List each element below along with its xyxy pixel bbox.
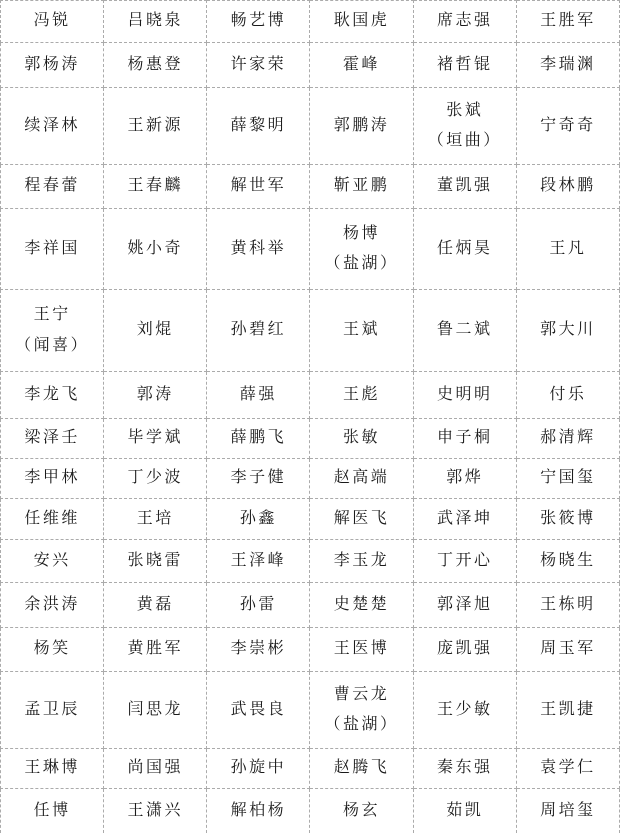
name-cell: 杨惠登	[104, 43, 207, 88]
name-cell: 申子桐	[413, 419, 516, 459]
name-cell: 任炳昊	[413, 209, 516, 290]
name-cell: 孙雷	[207, 583, 310, 628]
name-cell: 赵高端	[310, 459, 413, 499]
table-row: 任维维王培孙鑫解医飞武泽坤张筱博	[1, 499, 620, 540]
name-cell: 杨笑	[1, 628, 104, 672]
name-cell: 郭杨涛	[1, 43, 104, 88]
table-row: 李龙飞郭涛薛强王彪史明明付乐	[1, 372, 620, 419]
name-cell: 王宁 （闻喜）	[1, 290, 104, 372]
name-cell: 杨晓生	[516, 540, 619, 583]
name-cell: 褚哲锟	[413, 43, 516, 88]
name-cell: 庞凯强	[413, 628, 516, 672]
name-cell: 张斌 （垣曲）	[413, 88, 516, 165]
name-cell: 王栋明	[516, 583, 619, 628]
name-cell: 程春蕾	[1, 165, 104, 209]
name-cell: 孙鑫	[207, 499, 310, 540]
table-row: 郭杨涛杨惠登许家荣霍峰褚哲锟李瑞渊	[1, 43, 620, 88]
name-cell: 王潇兴	[104, 789, 207, 833]
name-cell: 武泽坤	[413, 499, 516, 540]
name-cell: 曹云龙 （盐湖）	[310, 672, 413, 749]
name-cell: 周培玺	[516, 789, 619, 833]
name-cell: 黄胜军	[104, 628, 207, 672]
name-cell: 张晓雷	[104, 540, 207, 583]
name-cell: 丁开心	[413, 540, 516, 583]
name-cell: 薛黎明	[207, 88, 310, 165]
name-cell: 刘焜	[104, 290, 207, 372]
name-table-body: 冯锐吕晓泉畅艺博耿国虎席志强王胜军郭杨涛杨惠登许家荣霍峰褚哲锟李瑞渊续泽林王新源…	[1, 1, 620, 833]
name-cell: 薛强	[207, 372, 310, 419]
table-row: 梁泽壬毕学斌薛鹏飞张敏申子桐郝清辉	[1, 419, 620, 459]
name-cell: 郭大川	[516, 290, 619, 372]
name-cell: 解柏杨	[207, 789, 310, 833]
name-cell: 李玉龙	[310, 540, 413, 583]
name-cell: 姚小奇	[104, 209, 207, 290]
name-cell: 杨博 （盐湖）	[310, 209, 413, 290]
name-cell: 武畏良	[207, 672, 310, 749]
table-row: 王宁 （闻喜）刘焜孙碧红王斌鲁二斌郭大川	[1, 290, 620, 372]
name-cell: 许家荣	[207, 43, 310, 88]
name-cell: 王春麟	[104, 165, 207, 209]
table-row: 冯锐吕晓泉畅艺博耿国虎席志强王胜军	[1, 1, 620, 43]
table-row: 李祥国姚小奇黄科举杨博 （盐湖）任炳昊王凡	[1, 209, 620, 290]
name-cell: 王新源	[104, 88, 207, 165]
name-cell: 李甲林	[1, 459, 104, 499]
name-cell: 宁国玺	[516, 459, 619, 499]
name-cell: 郭烨	[413, 459, 516, 499]
name-cell: 段林鹏	[516, 165, 619, 209]
name-cell: 周玉军	[516, 628, 619, 672]
name-cell: 孙旋中	[207, 749, 310, 789]
name-cell: 孟卫辰	[1, 672, 104, 749]
table-row: 任博王潇兴解柏杨杨玄茹凯周培玺	[1, 789, 620, 833]
name-table: 冯锐吕晓泉畅艺博耿国虎席志强王胜军郭杨涛杨惠登许家荣霍峰褚哲锟李瑞渊续泽林王新源…	[0, 0, 620, 833]
name-cell: 安兴	[1, 540, 104, 583]
name-cell: 史楚楚	[310, 583, 413, 628]
name-cell: 付乐	[516, 372, 619, 419]
name-cell: 霍峰	[310, 43, 413, 88]
name-cell: 续泽林	[1, 88, 104, 165]
name-cell: 郭泽旭	[413, 583, 516, 628]
name-cell: 张筱博	[516, 499, 619, 540]
name-cell: 李崇彬	[207, 628, 310, 672]
table-row: 安兴张晓雷王泽峰李玉龙丁开心杨晓生	[1, 540, 620, 583]
name-cell: 杨玄	[310, 789, 413, 833]
table-row: 余洪涛黄磊孙雷史楚楚郭泽旭王栋明	[1, 583, 620, 628]
name-cell: 王胜军	[516, 1, 619, 43]
name-cell: 史明明	[413, 372, 516, 419]
name-cell: 毕学斌	[104, 419, 207, 459]
name-cell: 吕晓泉	[104, 1, 207, 43]
name-cell: 茹凯	[413, 789, 516, 833]
name-cell: 王凡	[516, 209, 619, 290]
name-cell: 席志强	[413, 1, 516, 43]
name-cell: 王琳博	[1, 749, 104, 789]
name-cell: 李瑞渊	[516, 43, 619, 88]
name-cell: 冯锐	[1, 1, 104, 43]
name-cell: 闫思龙	[104, 672, 207, 749]
name-cell: 宁奇奇	[516, 88, 619, 165]
name-cell: 郭涛	[104, 372, 207, 419]
name-cell: 李龙飞	[1, 372, 104, 419]
name-cell: 王泽峰	[207, 540, 310, 583]
name-cell: 任维维	[1, 499, 104, 540]
table-row: 王琳博尚国强孙旋中赵腾飞秦东强袁学仁	[1, 749, 620, 789]
name-cell: 王斌	[310, 290, 413, 372]
name-cell: 郭鹏涛	[310, 88, 413, 165]
name-cell: 秦东强	[413, 749, 516, 789]
name-cell: 黄磊	[104, 583, 207, 628]
name-cell: 畅艺博	[207, 1, 310, 43]
name-cell: 郝清辉	[516, 419, 619, 459]
name-cell: 解医飞	[310, 499, 413, 540]
name-cell: 耿国虎	[310, 1, 413, 43]
name-cell: 梁泽壬	[1, 419, 104, 459]
name-cell: 董凯强	[413, 165, 516, 209]
table-row: 杨笑黄胜军李崇彬王医博庞凯强周玉军	[1, 628, 620, 672]
table-row: 程春蕾王春麟解世军靳亚鹏董凯强段林鹏	[1, 165, 620, 209]
name-cell: 孙碧红	[207, 290, 310, 372]
name-cell: 袁学仁	[516, 749, 619, 789]
name-cell: 解世军	[207, 165, 310, 209]
name-cell: 王彪	[310, 372, 413, 419]
table-row: 李甲林丁少波李子健赵高端郭烨宁国玺	[1, 459, 620, 499]
name-cell: 薛鹏飞	[207, 419, 310, 459]
name-cell: 张敏	[310, 419, 413, 459]
table-row: 续泽林王新源薛黎明郭鹏涛张斌 （垣曲）宁奇奇	[1, 88, 620, 165]
name-cell: 黄科举	[207, 209, 310, 290]
name-cell: 王培	[104, 499, 207, 540]
name-cell: 丁少波	[104, 459, 207, 499]
name-cell: 任博	[1, 789, 104, 833]
name-cell: 王凯捷	[516, 672, 619, 749]
name-cell: 鲁二斌	[413, 290, 516, 372]
name-cell: 赵腾飞	[310, 749, 413, 789]
table-row: 孟卫辰闫思龙武畏良曹云龙 （盐湖）王少敏王凯捷	[1, 672, 620, 749]
name-cell: 余洪涛	[1, 583, 104, 628]
name-cell: 靳亚鹏	[310, 165, 413, 209]
name-cell: 王少敏	[413, 672, 516, 749]
name-cell: 李祥国	[1, 209, 104, 290]
name-cell: 李子健	[207, 459, 310, 499]
name-cell: 王医博	[310, 628, 413, 672]
name-cell: 尚国强	[104, 749, 207, 789]
